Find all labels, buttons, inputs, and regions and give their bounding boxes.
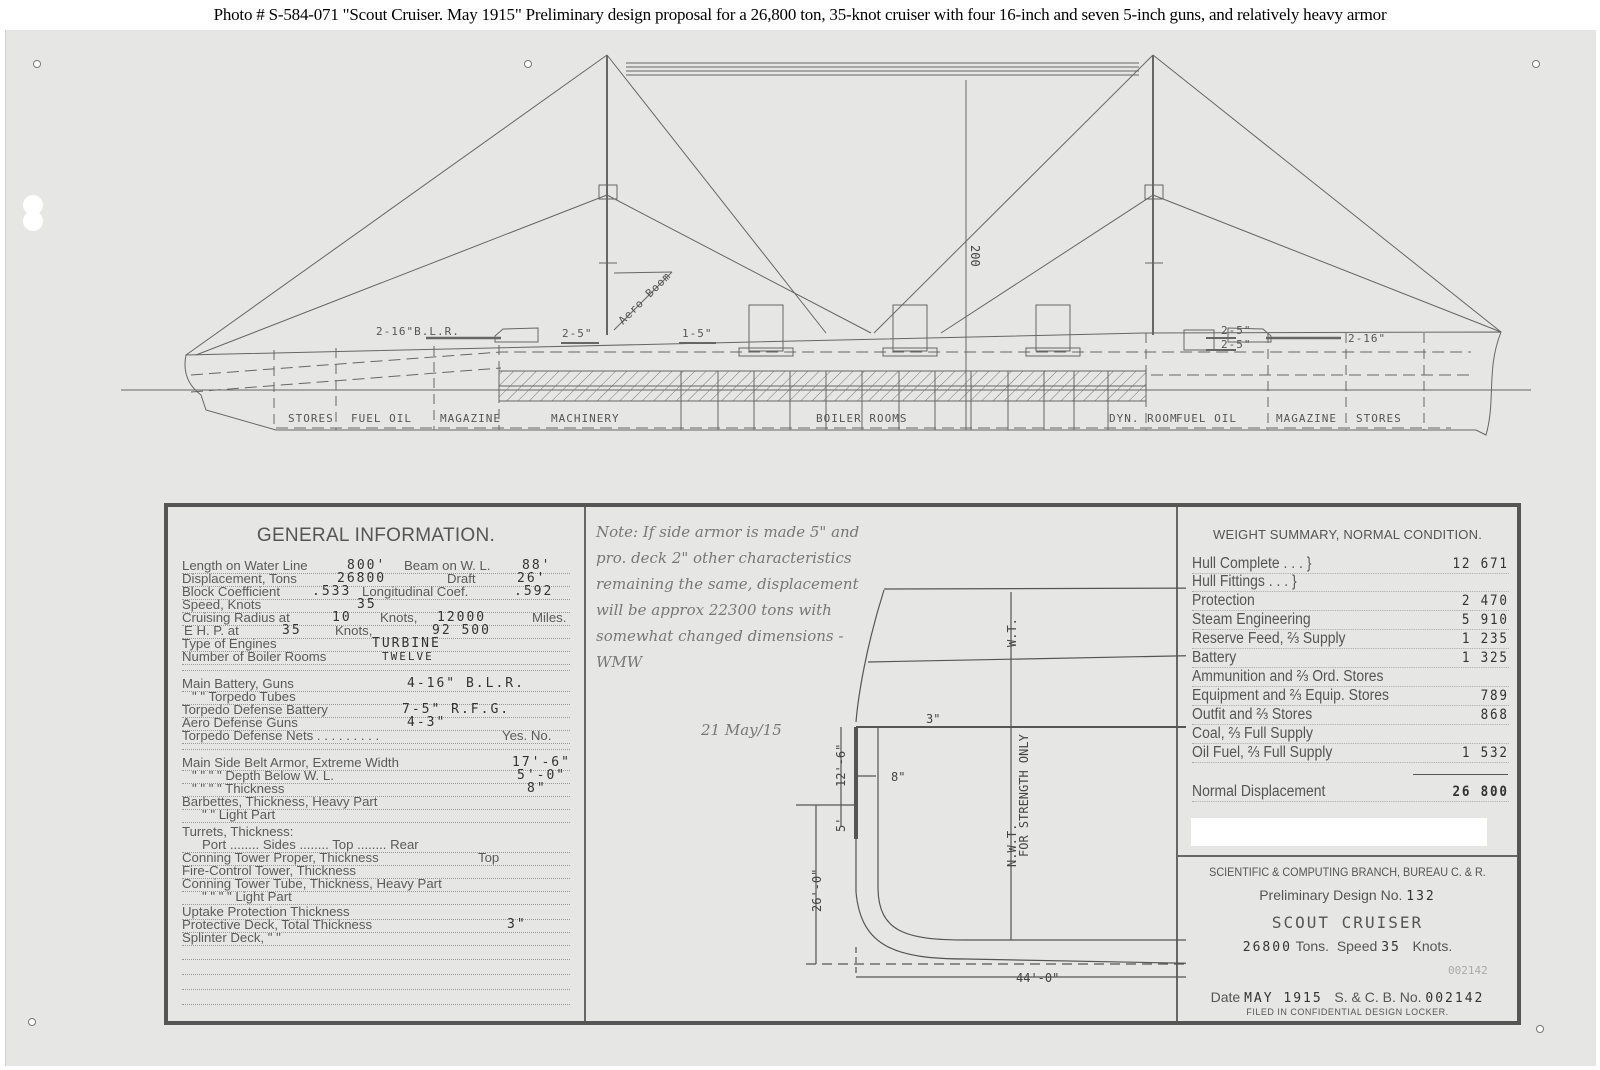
drawing-sheet: 200 2-16"B.L.R. 2-5" 1-5" 2-5" 2-5" 2-16… xyxy=(5,30,1596,1066)
total-row: Normal Displacement26 800 xyxy=(1192,783,1509,802)
compartment-label: FUEL OIL xyxy=(1176,412,1237,425)
filed-note: FILED IN CONFIDENTIAL DESIGN LOCKER. xyxy=(1178,1007,1517,1017)
date-line: Date MAY 1915 S. & C. B. No. 002142 xyxy=(1178,989,1517,1006)
compartment-label: FUEL OIL xyxy=(351,412,412,425)
weight-summary-section: WEIGHT SUMMARY, NORMAL CONDITION. Hull C… xyxy=(1178,507,1517,1021)
weight-row: Protection2 470 xyxy=(1192,592,1509,611)
svg-text:200: 200 xyxy=(968,245,982,267)
info-panel: GENERAL INFORMATION. Length on Water Lin… xyxy=(164,503,1521,1025)
weight-row: Oil Fuel, ⅔ Full Supply1 532 xyxy=(1192,744,1509,763)
gun-label: 1-5" xyxy=(682,327,713,340)
svg-text:W.T.: W.T. xyxy=(1005,618,1019,647)
svg-text:8": 8" xyxy=(891,770,905,784)
gun-label: 2-16" xyxy=(1348,332,1386,345)
midship-section-drawing: 3" 8" W.T. N.W.T. FOR STRENGTH ONLY 26'-… xyxy=(766,567,1186,987)
weight-row: Hull Fittings . . . } xyxy=(1192,573,1509,592)
compartment-label: DYN. ROOM xyxy=(1109,412,1178,425)
svg-text:44'-0": 44'-0" xyxy=(1016,971,1059,985)
svg-text:12'-6": 12'-6" xyxy=(834,744,848,787)
svg-text:FOR STRENGTH ONLY: FOR STRENGTH ONLY xyxy=(1017,733,1031,857)
weight-row: Equipment and ⅔ Equip. Stores789 xyxy=(1192,687,1509,706)
gun-label: 2-5" xyxy=(1221,324,1252,337)
table-row: Splinter Deck, " " xyxy=(182,931,570,946)
weight-row: Ammunition and ⅔ Ord. Stores xyxy=(1192,668,1509,687)
gun-label: 2-5" xyxy=(1221,338,1252,351)
table-row: Number of Boiler RoomsTWELVE xyxy=(182,650,570,665)
punch-hole-icon xyxy=(28,1018,36,1026)
weight-row: Steam Engineering5 910 xyxy=(1192,611,1509,630)
table-row: " " " " Light Part xyxy=(182,890,570,905)
pencil-number: 002142 xyxy=(1448,964,1488,977)
svg-text:3": 3" xyxy=(926,712,940,726)
table-row: Torpedo Defense Nets . . . . . . . . .Ye… xyxy=(182,729,570,744)
weight-row: Coal, ⅔ Full Supply xyxy=(1192,725,1509,744)
table-row: " " Light Part xyxy=(182,808,570,823)
weight-row: Battery1 325 xyxy=(1192,649,1509,668)
tons-speed-line: 26800 Tons. Speed 35 Knots. xyxy=(1178,938,1517,955)
compartment-label: MAGAZINE xyxy=(1276,412,1337,425)
ship-type: SCOUT CRUISER xyxy=(1178,913,1517,932)
ship-profile-drawing: 200 2-16"B.L.R. 2-5" 1-5" 2-5" 2-5" 2-16… xyxy=(6,30,1596,480)
section-title: GENERAL INFORMATION. xyxy=(168,525,584,547)
compartment-label: STORES xyxy=(1356,412,1402,425)
svg-text:Aero Boom: Aero Boom xyxy=(616,269,674,327)
gun-label: 2-16"B.L.R. xyxy=(376,325,460,338)
weight-row: Outfit and ⅔ Stores868 xyxy=(1192,706,1509,725)
compartment-label: STORES xyxy=(288,412,334,425)
midship-section-area: Note: If side armor is made 5" and pro. … xyxy=(586,507,1178,1021)
svg-text:5': 5' xyxy=(834,818,848,832)
section-title: WEIGHT SUMMARY, NORMAL CONDITION. xyxy=(1178,527,1517,542)
general-information-section: GENERAL INFORMATION. Length on Water Lin… xyxy=(168,507,586,1021)
compartment-label: MACHINERY xyxy=(551,412,620,425)
compartment-label: BOILER ROOMS xyxy=(816,412,907,425)
weight-row: Reserve Feed, ⅔ Supply1 235 xyxy=(1192,630,1509,649)
photo-caption: Photo # S-584-071 "Scout Cruiser. May 19… xyxy=(0,0,1600,30)
compartment-label: MAGAZINE xyxy=(440,412,501,425)
punch-hole-icon xyxy=(1536,1025,1544,1033)
svg-text:26'-0": 26'-0" xyxy=(810,869,824,912)
design-number: Preliminary Design No. 132 xyxy=(1178,887,1517,904)
branch-label: SCIENTIFIC & COMPUTING BRANCH, BUREAU C.… xyxy=(1195,865,1500,879)
weight-row: Hull Complete . . . }12 671 xyxy=(1192,555,1509,574)
gun-label: 2-5" xyxy=(562,327,593,340)
redacted-area xyxy=(1191,818,1487,846)
